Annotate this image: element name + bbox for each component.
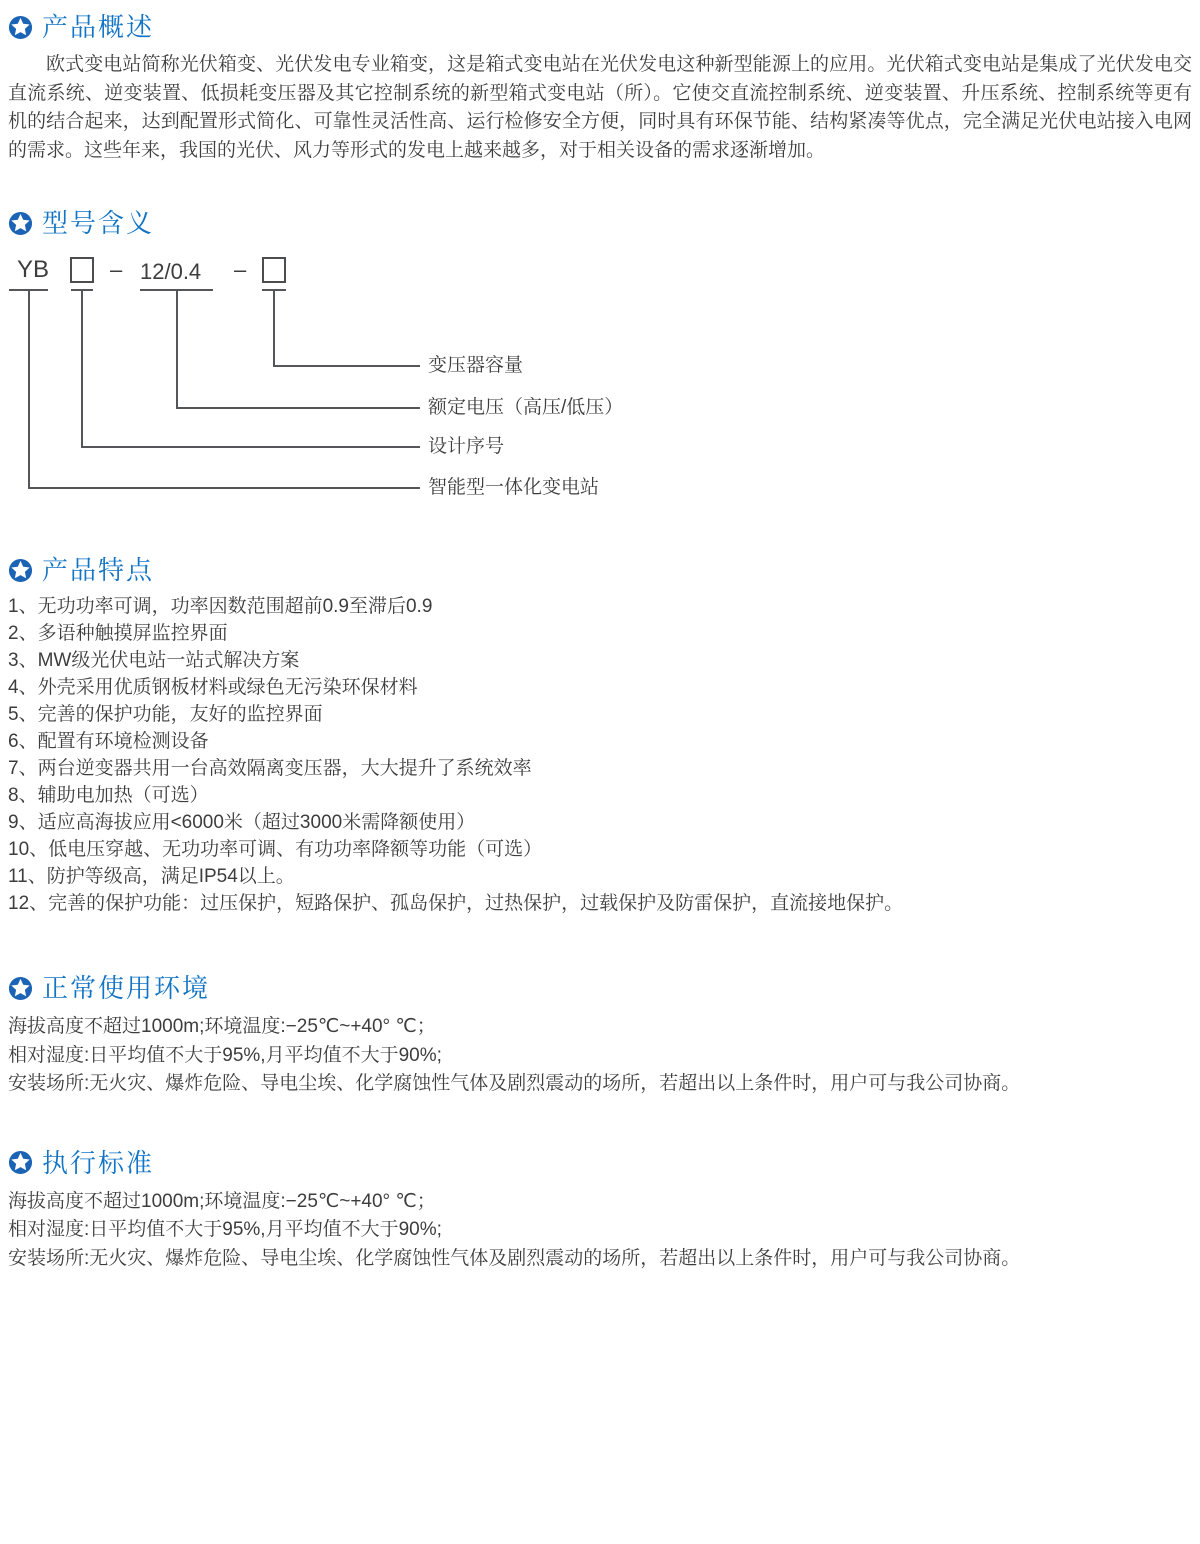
page-content: 产品概述 欧式变电站简称光伏箱变、光伏发电专业箱变，这是箱式变电站在光伏发电这种… bbox=[0, 12, 1200, 1273]
model-label-design: 设计序号 bbox=[428, 436, 504, 458]
model-code-box-capacity bbox=[262, 257, 286, 283]
model-section-title: 型号含义 bbox=[42, 208, 154, 238]
connector-horizontal-line bbox=[176, 407, 420, 409]
connector-horizontal-line bbox=[81, 446, 420, 448]
star-badge-icon bbox=[8, 15, 33, 40]
environment-line: 安装场所:无火灾、爆炸危险、导电尘埃、化学腐蚀性气体及剧烈震动的场所，若超出以上… bbox=[8, 1070, 1192, 1099]
connector-horizontal-line bbox=[273, 365, 420, 367]
environment-line: 相对湿度:日平均值不大于95%,月平均值不大于90%; bbox=[8, 1042, 1192, 1071]
overview-section-title: 产品概述 bbox=[42, 12, 154, 42]
model-code-box-design bbox=[70, 257, 94, 283]
standards-line: 安装场所:无火灾、爆炸危险、导电尘埃、化学腐蚀性气体及剧烈震动的场所，若超出以上… bbox=[8, 1245, 1192, 1274]
standards-section-title: 执行标准 bbox=[42, 1148, 154, 1178]
star-badge-icon bbox=[8, 1150, 33, 1175]
model-label-capacity: 变压器容量 bbox=[428, 355, 523, 377]
environment-section-header: 正常使用环境 bbox=[8, 973, 1192, 1003]
feature-item: 11、防护等级高，满足IP54以上。 bbox=[8, 863, 1192, 890]
features-section-header: 产品特点 bbox=[8, 555, 1192, 585]
feature-item: 1、无功功率可调，功率因数范围超前0.9至滞后0.9 bbox=[8, 593, 1192, 620]
feature-item: 5、完善的保护功能，友好的监控界面 bbox=[8, 701, 1192, 728]
model-code-voltage: 12/0.4 bbox=[140, 259, 201, 285]
overview-paragraph: 欧式变电站简称光伏箱变、光伏发电专业箱变，这是箱式变电站在光伏发电这种新型能源上… bbox=[8, 51, 1192, 165]
feature-item: 7、两台逆变器共用一台高效隔离变压器，大大提升了系统效率 bbox=[8, 755, 1192, 782]
overview-section-header: 产品概述 bbox=[8, 12, 1192, 42]
features-section-title: 产品特点 bbox=[42, 555, 154, 585]
connector-vertical-line bbox=[176, 289, 178, 409]
overview-paragraph-line: 的需求。这些年来，我国的光伏、风力等形式的发电上越来越多，对于相关设备的需求逐渐… bbox=[8, 137, 1192, 166]
environment-line: 海拔高度不超过1000m;环境温度:−25℃~+40° ℃； bbox=[8, 1013, 1192, 1042]
feature-item: 4、外壳采用优质钢板材料或绿色无污染环保材料 bbox=[8, 674, 1192, 701]
feature-item: 3、MW级光伏电站一站式解决方案 bbox=[8, 647, 1192, 674]
feature-item: 2、多语种触摸屏监控界面 bbox=[8, 620, 1192, 647]
standards-text: 海拔高度不超过1000m;环境温度:−25℃~+40° ℃； 相对湿度:日平均值… bbox=[8, 1188, 1192, 1274]
overview-paragraph-line: 直流系统、逆变装置、低损耗变压器及其它控制系统的新型箱式变电站（所）。它使交直流… bbox=[8, 80, 1192, 109]
model-code-dash: – bbox=[234, 257, 246, 283]
environment-section-title: 正常使用环境 bbox=[42, 973, 210, 1003]
overview-paragraph-line: 欧式变电站简称光伏箱变、光伏发电专业箱变，这是箱式变电站在光伏发电这种新型能源上… bbox=[8, 51, 1192, 80]
environment-text: 海拔高度不超过1000m;环境温度:−25℃~+40° ℃； 相对湿度:日平均值… bbox=[8, 1013, 1192, 1099]
star-badge-icon bbox=[8, 976, 33, 1001]
product-spec-page: { "colors": { "accent_blue": "#1274c5", … bbox=[0, 0, 1200, 1544]
overview-paragraph-line: 机的结合起来，达到配置形式简化、可靠性灵活性高、运行检修安全方便，同时具有环保节… bbox=[8, 108, 1192, 137]
model-section-header: 型号含义 bbox=[8, 208, 1192, 238]
feature-item: 12、完善的保护功能：过压保护，短路保护、孤岛保护，过热保护，过载保护及防雷保护… bbox=[8, 890, 1192, 917]
feature-list: 1、无功功率可调，功率因数范围超前0.9至滞后0.9 2、多语种触摸屏监控界面 … bbox=[8, 593, 1192, 917]
connector-vertical-line bbox=[273, 289, 275, 367]
standards-section-header: 执行标准 bbox=[8, 1148, 1192, 1178]
star-badge-icon bbox=[8, 558, 33, 583]
feature-item: 8、辅助电加热（可选） bbox=[8, 782, 1192, 809]
model-code-dash: – bbox=[110, 257, 122, 283]
model-label-voltage: 额定电压（高压/低压） bbox=[428, 397, 623, 419]
model-code-diagram: YB – 12/0.4 – 变压器容量 额定电压（高压/低压） 设计序号 智能型… bbox=[8, 255, 1192, 515]
connector-vertical-line bbox=[28, 289, 30, 489]
standards-line: 海拔高度不超过1000m;环境温度:−25℃~+40° ℃； bbox=[8, 1188, 1192, 1217]
star-badge-icon bbox=[8, 211, 33, 236]
connector-vertical-line bbox=[81, 289, 83, 448]
feature-item: 10、低电压穿越、无功功率可调、有功功率降额等功能（可选） bbox=[8, 836, 1192, 863]
model-label-station: 智能型一体化变电站 bbox=[428, 477, 599, 499]
feature-item: 6、配置有环境检测设备 bbox=[8, 728, 1192, 755]
standards-line: 相对湿度:日平均值不大于95%,月平均值不大于90%; bbox=[8, 1216, 1192, 1245]
connector-horizontal-line bbox=[28, 487, 420, 489]
feature-item: 9、适应高海拔应用<6000米（超过3000米需降额使用） bbox=[8, 809, 1192, 836]
model-code-prefix: YB bbox=[17, 257, 49, 283]
